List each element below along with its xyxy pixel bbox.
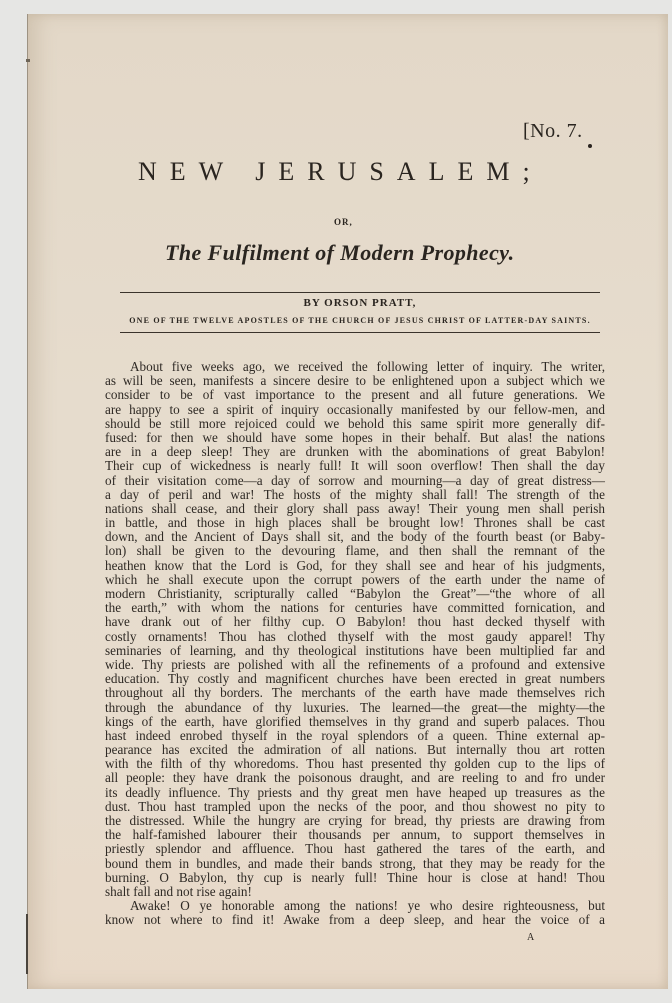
body-line: About five weeks ago, we received the fo… [105,360,605,374]
body-line: a day of peril and war! The hosts of the… [105,488,605,502]
signature-mark: A [527,932,534,943]
author-affiliation: ONE OF THE TWELVE APOSTLES OF THE CHURCH… [120,316,600,325]
body-line: bound them in bundles, and made their ba… [105,857,605,871]
body-line: consider to be of vast importance to the… [105,388,605,402]
body-line: nations shall cease, and their glory sha… [105,502,605,516]
body-line: the half-famished labourer their thousan… [105,828,605,842]
body-line: Their cup of wickedness is nearly full! … [105,459,605,473]
body-line: priestly splendor and affluence. Thou ha… [105,842,605,856]
document-page: [No. 7. NEW JERUSALEM; OR, The Fulfilmen… [27,14,668,989]
issue-number: [No. 7. [523,120,583,143]
body-line: fused: for then we should have some hope… [105,431,605,445]
body-line: know not where to find it! Awake from a … [105,913,605,927]
body-line: through the abundance of thy luxuries. T… [105,701,605,715]
bottom-rule [120,332,600,333]
body-line: should be still more rejoiced could we b… [105,417,605,431]
body-line: kings of the earth, have glorified thems… [105,715,605,729]
body-text: About five weeks ago, we received the fo… [105,360,605,928]
body-line: its deadly influence. Thy priests and th… [105,786,605,800]
author-byline: BY ORSON PRATT, [120,297,600,309]
document-title: NEW JERUSALEM; [28,157,668,187]
body-line: wide. Thy priests are polished with all … [105,658,605,672]
body-line: lon) shall be given to the devouring fla… [105,544,605,558]
body-line: modern Christianity, scripturally called… [105,587,605,601]
body-line: costly ornaments! Thou has clothed thyse… [105,630,605,644]
body-line: pearance has excited the admiration of a… [105,743,605,757]
body-line: as will be seen, manifests a sincere des… [105,374,605,388]
body-line: shalt fall and not rise again! [105,885,605,899]
body-line: with the filth of thy whoredoms. Thou ha… [105,757,605,771]
body-line: are happy to see a spirit of inquiry occ… [105,403,605,417]
body-line: all people: they have drank the poisonou… [105,771,605,785]
body-line: the earth,” with whom the nations for ce… [105,601,605,615]
body-line: have drank out of her filthy cup. O Baby… [105,615,605,629]
body-line: dust. Thou hast trampled upon the necks … [105,800,605,814]
body-line: are in a deep sleep! They are drunken wi… [105,445,605,459]
body-line: Awake! O ye honorable among the nations!… [105,899,605,913]
body-line: which he shall execute upon the corrupt … [105,573,605,587]
body-line: of their visitation come—a day of sorrow… [105,474,605,488]
title-conjunction: OR, [334,217,353,227]
body-line: down, and the Ancient of Days shall sit,… [105,530,605,544]
body-line: education. Thy costly and magnificent ch… [105,672,605,686]
body-line: seminaries of learning, and thy theologi… [105,644,605,658]
ink-spot [588,144,592,148]
body-line: throughout all thy borders. The merchant… [105,686,605,700]
top-rule [120,292,600,293]
body-line: heathen know that the Lord is God, for t… [105,559,605,573]
body-line: burning. O Babylon, thy cup is nearly fu… [105,871,605,885]
body-line: the distressed. While the hungry are cry… [105,814,605,828]
body-line: hast indeed enrobed thyself in the royal… [105,729,605,743]
document-subtitle: The Fulfilment of Modern Prophecy. [165,240,515,266]
body-line: in battle, and those in high places shal… [105,516,605,530]
